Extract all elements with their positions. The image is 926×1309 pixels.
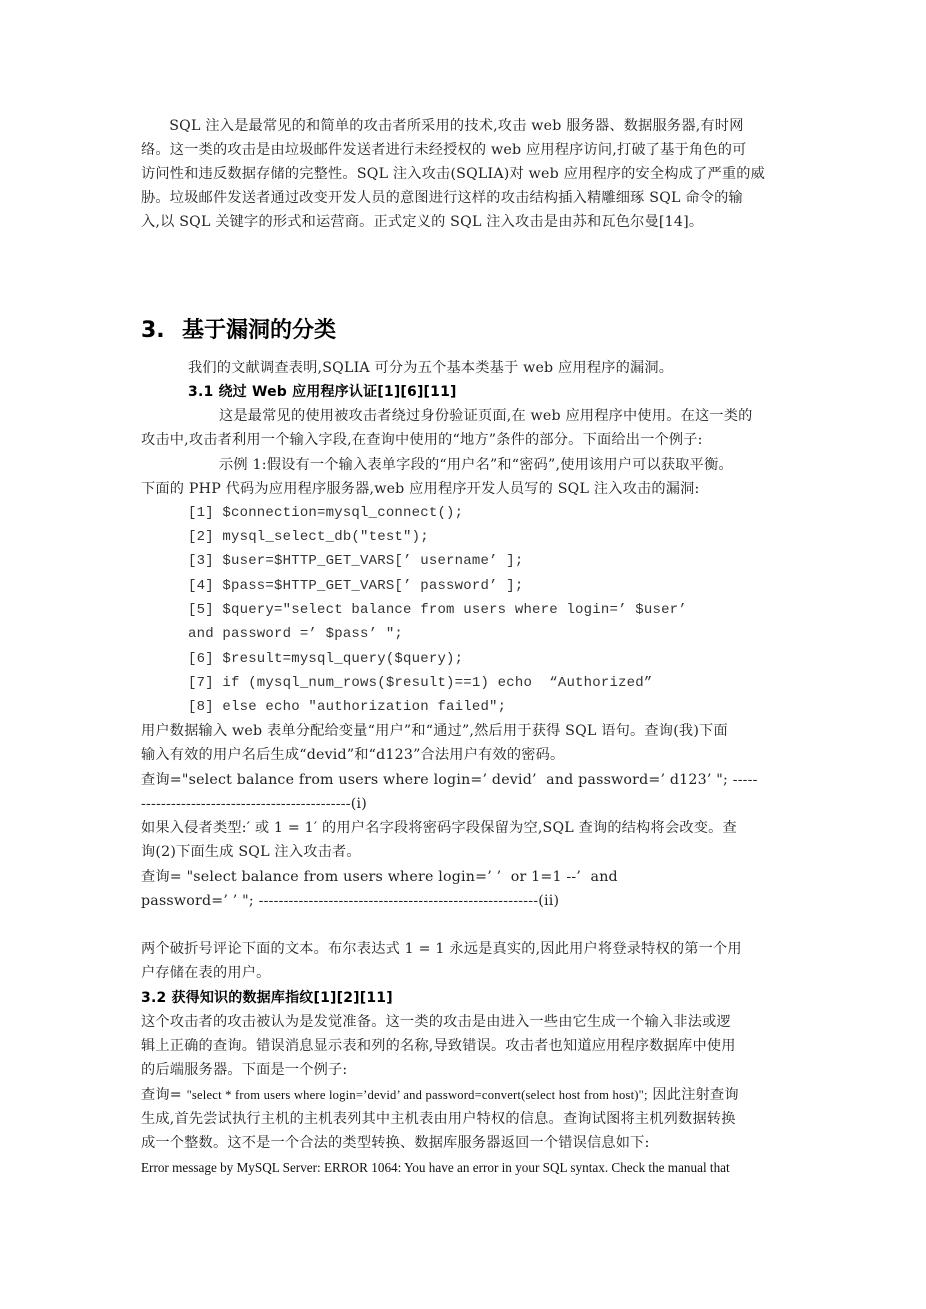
- section-title: 基于漏洞的分类: [182, 318, 336, 343]
- code-line: and password =’ $pass’ ";: [188, 622, 403, 646]
- section-heading: 3.基于漏洞的分类: [141, 316, 336, 346]
- query-fingerprint-line: 查询= "select * from users where login=’de…: [141, 1083, 739, 1107]
- paragraph-line: 询(2)下面生成 SQL 注入攻击者。: [141, 840, 361, 864]
- code-line: [1] $connection=mysql_connect();: [188, 501, 463, 525]
- code-line: [5] $query="select balance from users wh…: [188, 598, 687, 622]
- paragraph-line: 的后端服务器。下面是一个例子:: [141, 1058, 347, 1082]
- paragraph-line: 输入有效的用户名后生成“devid”和“d123”合法用户有效的密码。: [141, 743, 564, 767]
- query-i-line: 查询="select balance from users where logi…: [141, 768, 758, 792]
- code-line: [6] $result=mysql_query($query);: [188, 647, 463, 671]
- query-prefix: 查询=: [141, 1087, 187, 1103]
- section-number: 3.: [141, 316, 182, 346]
- example-line: 下面的 PHP 代码为应用程序服务器,web 应用程序开发人员写的 SQL 注入…: [141, 477, 700, 501]
- paragraph-line: 辑上正确的查询。错误消息显示表和列的名称,导致错误。攻击者也知道应用程序数据库中…: [141, 1034, 736, 1058]
- paragraph-line: 生成,首先尝试执行主机的主机表列其中主机表由用户特权的信息。查询试图将主机列数据…: [141, 1107, 736, 1131]
- example-line: 示例 1:假设有一个输入表单字段的“用户名”和“密码”,使用该用户可以获取平衡。: [219, 453, 733, 477]
- query-ii-line: password=’ ’ "; ------------------------…: [141, 889, 559, 913]
- paragraph-line: 这是最常见的使用被攻击者绕过身份验证页面,在 web 应用程序中使用。在这一类的: [219, 404, 753, 428]
- document-page: SQL 注入是最常见的和简单的攻击者所采用的技术,攻击 web 服务器、数据服务…: [0, 0, 926, 1309]
- paragraph-line: 成一个整数。这不是一个合法的类型转换、数据库服务器返回一个错误信息如下:: [141, 1131, 650, 1155]
- paragraph-line: 如果入侵者类型:′ 或 1 = 1′ 的用户名字段将密码字段保留为空,SQL 查…: [141, 816, 737, 840]
- paragraph-line: 攻击中,攻击者利用一个输入字段,在查询中使用的“地方”条件的部分。下面给出一个例…: [141, 428, 703, 452]
- intro-line: SQL 注入是最常见的和简单的攻击者所采用的技术,攻击 web 服务器、数据服务…: [141, 114, 744, 138]
- section-intro: 我们的文献调查表明,SQLIA 可分为五个基本类基于 web 应用程序的漏洞。: [188, 356, 673, 380]
- paragraph-line: 户存储在表的用户。: [141, 961, 271, 985]
- paragraph-line: 这个攻击者的攻击被认为是发觉准备。这一类的攻击是由进入一些由它生成一个输入非法或…: [141, 1010, 731, 1034]
- query-code: "select * from users where login=’devid’…: [187, 1088, 648, 1102]
- paragraph-line: 用户数据输入 web 表单分配给变量“用户”和“通过”,然后用于获得 SQL 语…: [141, 719, 728, 743]
- query-i-line: ----------------------------------------…: [141, 792, 367, 816]
- intro-line: 络。这一类的攻击是由垃圾邮件发送者进行未经授权的 web 应用程序访问,打破了基…: [141, 138, 746, 162]
- code-line: [8] else echo "authorization failed";: [188, 695, 506, 719]
- query-ii-line: 查询= "select balance from users where log…: [141, 865, 618, 889]
- query-suffix: 因此注射查询: [648, 1087, 739, 1103]
- paragraph-line: 两个破折号评论下面的文本。布尔表达式 1 = 1 永远是真实的,因此用户将登录特…: [141, 937, 742, 961]
- subsection-heading-3-2: 3.2 获得知识的数据库指纹[1][2][11]: [141, 986, 393, 1010]
- code-line: [7] if (mysql_num_rows($result)==1) echo…: [188, 671, 652, 695]
- code-line: [4] $pass=$HTTP_GET_VARS[’ password’ ];: [188, 574, 523, 598]
- subsection-heading-3-1: 3.1 绕过 Web 应用程序认证[1][6][11]: [188, 380, 457, 404]
- code-line: [3] $user=$HTTP_GET_VARS[’ username’ ];: [188, 549, 523, 573]
- code-line: [2] mysql_select_db("test");: [188, 525, 429, 549]
- intro-line: 入,以 SQL 关键字的形式和运营商。正式定义的 SQL 注入攻击是由苏和瓦色尔…: [141, 210, 703, 234]
- error-message-line: Error message by MySQL Server: ERROR 106…: [141, 1156, 730, 1180]
- intro-line: 胁。垃圾邮件发送者通过改变开发人员的意图进行这样的攻击结构插入精雕细琢 SQL …: [141, 186, 743, 210]
- intro-line: 访问性和违反数据存储的完整性。SQL 注入攻击(SQLIA)对 web 应用程序…: [141, 162, 765, 186]
